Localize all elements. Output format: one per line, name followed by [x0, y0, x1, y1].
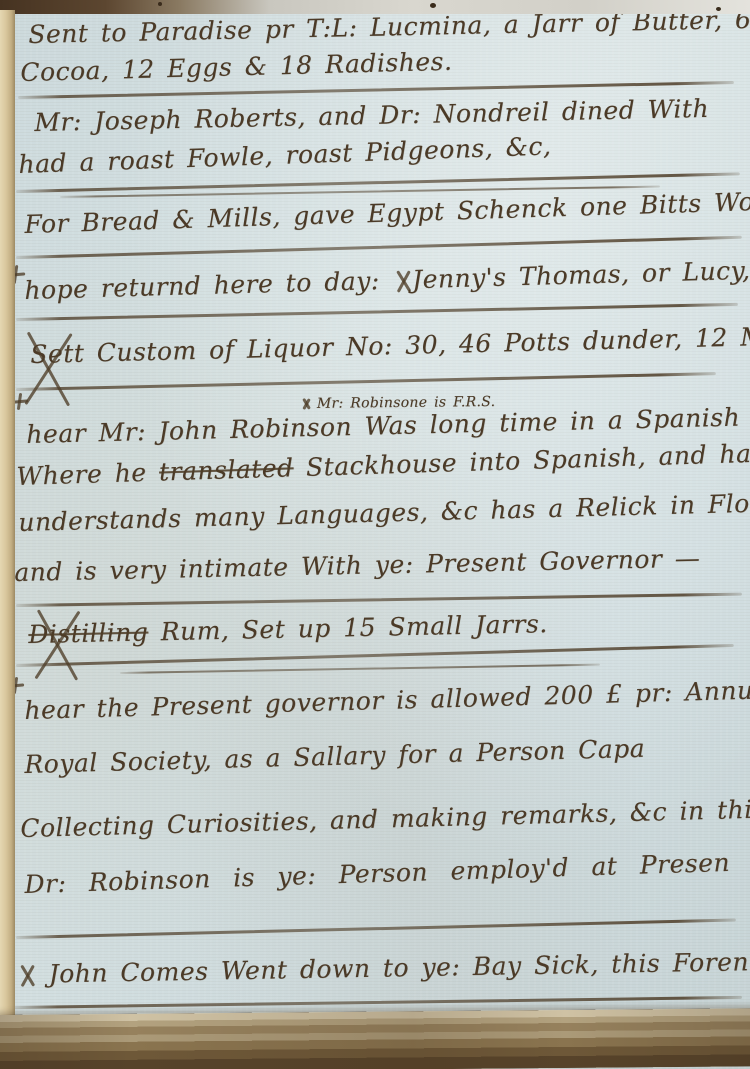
- cross-out-mark: [18, 330, 76, 408]
- manuscript-photo: Sent to Paradise pr T:L: Lucmina, a Jarr…: [0, 0, 750, 1069]
- page-edge-left: [0, 10, 15, 1020]
- entry-divider: [120, 664, 600, 674]
- handwritten-line: Sett Custom of Liquor No: 30, 46 Potts d…: [30, 319, 750, 369]
- entry-divider: [14, 996, 742, 1009]
- struck-word: translated: [159, 453, 294, 486]
- handwritten-line: had a roast Fowle, roast Pidgeons, &c,: [18, 131, 552, 179]
- worm-hole: [158, 2, 162, 6]
- entry-divider: [16, 644, 734, 667]
- entry-divider: [16, 303, 738, 321]
- handwritten-line: hope returnd here to day: Jenny's Thomas…: [24, 255, 750, 305]
- handwritten-line: Mr: Joseph Roberts, and Dr: Nondreil din…: [34, 94, 709, 137]
- line-part: hope returnd here to day:: [24, 266, 392, 305]
- handwritten-line: Distilling Rum, Set up 15 Small Jarrs.: [28, 609, 548, 649]
- line-part: Rum, Set up 15 Small Jarrs.: [148, 609, 548, 646]
- entry-divider: [16, 918, 736, 938]
- handwritten-line: and is very intimate With ye: Present Go…: [14, 544, 701, 587]
- cross-out-mark: [16, 608, 96, 682]
- handwritten-line: Cocoa, 12 Eggs & 18 Radishes.: [20, 47, 453, 87]
- line-part: Where he: [16, 458, 159, 491]
- worm-hole: [430, 3, 436, 8]
- handwritten-line: Royal Society, as a Sallary for a Person…: [24, 734, 645, 779]
- entry-divider: [16, 236, 742, 259]
- entry-divider: [16, 372, 716, 390]
- handwritten-line: understands many Languages, &c has a Rel…: [18, 488, 750, 537]
- worm-hole: [716, 7, 721, 11]
- page-edge-top: [0, 0, 750, 14]
- handwritten-line: Dr: Robinson is ye: Person employ'd at P…: [24, 848, 730, 899]
- cross-reference-icon: [392, 269, 413, 294]
- line-part: Jenny's Thomas, or Lucy, y: [412, 255, 750, 294]
- cross-reference-icon: [16, 964, 36, 988]
- handwritten-line: hear the Present governor is allowed 200…: [24, 674, 750, 725]
- handwritten-line: John Comes Went down to ye: Bay Sick, th…: [16, 947, 750, 989]
- line-part: John Comes Went down to ye: Bay Sick, th…: [48, 947, 750, 989]
- handwritten-line: Where he translated Stackhouse into Span…: [16, 439, 750, 491]
- line-part: Stackhouse into Spanish, and ha: [293, 439, 750, 482]
- page-stack-bottom: [0, 1008, 750, 1069]
- handwritten-line: Collecting Curiosities, and making remar…: [20, 794, 750, 843]
- entry-divider: [16, 593, 742, 607]
- cross-reference-icon: [300, 398, 310, 410]
